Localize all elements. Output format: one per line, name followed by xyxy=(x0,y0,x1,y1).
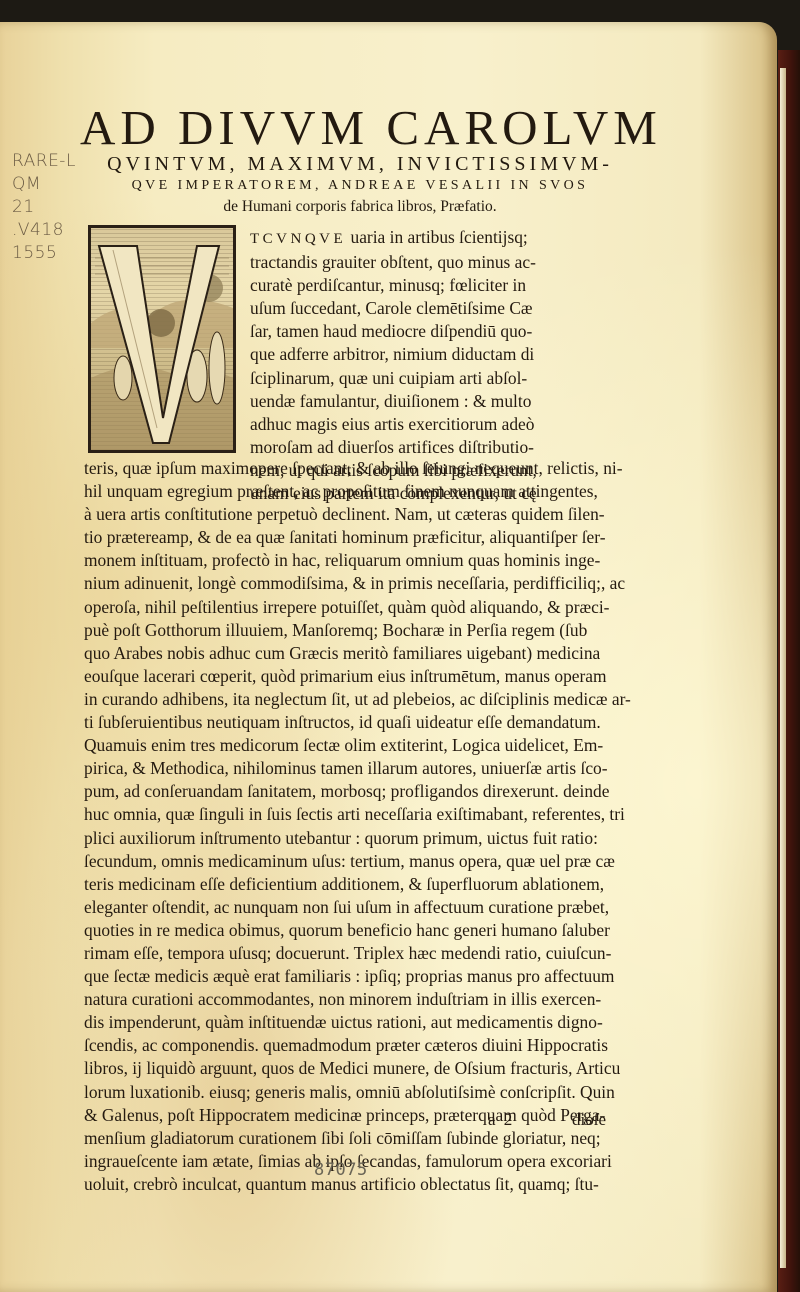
text-line: monem inſtituam, profectò in hac, reliqu… xyxy=(84,549,664,572)
first-word: TCVNQVE xyxy=(250,231,346,247)
call-number-line: RARE-L xyxy=(12,150,76,173)
library-stamp-number: 87075 xyxy=(314,1160,368,1180)
text-line: nium adinuenit, longè commodiſsima, & in… xyxy=(84,572,664,595)
call-number-line: .V418 xyxy=(12,219,76,242)
text-line: rimam eſſe, tempora uſusq; docuerunt. Tr… xyxy=(84,942,664,965)
text-line: operoſa, nihil peſtilentius irrepere pot… xyxy=(84,596,664,619)
call-number-line: 1555 xyxy=(12,242,76,265)
text-line: uendæ famulantur, diuiſionem : & multo xyxy=(250,390,660,413)
title-line-4: de Humani corporis fabrica libros, Præfa… xyxy=(80,196,640,218)
page-edges xyxy=(780,68,786,1268)
pencil-call-number: RARE-L QM 21 .V418 1555 xyxy=(12,150,76,265)
woodcut-scene-icon xyxy=(91,228,233,450)
title-line-3: QVE IMPERATOREM, ANDREAE VESALII IN SVOS xyxy=(80,176,640,196)
text-body-full-width: teris, quæ ipſum maximopere ſpectant, & … xyxy=(84,457,664,1196)
text-line: eouſque lacerari cœperit, quòd primarium… xyxy=(84,665,664,688)
text-line: teris, quæ ipſum maximopere ſpectant, & … xyxy=(84,457,664,480)
text-line: ti ſubſeruientibus neutiquam inſtructos,… xyxy=(84,711,664,734)
title-block: AD DIVVM CAROLVM QVINTVM, MAXIMVM, INVIC… xyxy=(80,104,640,218)
catchword: dioſe xyxy=(572,1110,606,1130)
call-number-line: QM xyxy=(12,173,76,196)
text-line: ſcendis, ac componendis. quemadmodum præ… xyxy=(84,1034,664,1057)
text-line: teris medicinam eſſe deficientium additi… xyxy=(84,873,664,896)
text-line: adhuc magis eius artis exercitiorum adeò xyxy=(250,413,660,436)
text-line: dis impenderunt, quàm inſtituendæ uictus… xyxy=(84,1011,664,1034)
text-line: plici auxiliorum inſtrumento utebantur :… xyxy=(84,827,664,850)
woodcut-initial-v xyxy=(88,225,236,453)
text-line: ſecundum, omnis medicaminum uſus: tertiu… xyxy=(84,850,664,873)
text-line: menſium gladiatorum curationem ſibi ſoli… xyxy=(84,1127,664,1150)
text-line: libros, ij liquidò arguunt, quos de Medi… xyxy=(84,1057,664,1080)
title-line-2: QVINTVM, MAXIMVM, INVICTISSIMVM- xyxy=(80,152,640,176)
text-line: tractandis grauiter obſtent, quo minus a… xyxy=(250,251,660,274)
text-line: pirica, & Methodica, nihilominus tamen i… xyxy=(84,757,664,780)
text-line: tio prætereamp, & de ea quæ ſanitati hom… xyxy=(84,526,664,549)
text-line: quo Arabes nobis adhuc cum Græcis meritò… xyxy=(84,642,664,665)
text-line: uoluit, crebrò inculcat, quantum manus a… xyxy=(84,1173,664,1196)
text-line: eleganter oſtendit, ac nunquam non ſui u… xyxy=(84,896,664,919)
text-line: ſar, tamen haud mediocre diſpendiū quo- xyxy=(250,320,660,343)
text-line: quoties in re medica obimus, quorum bene… xyxy=(84,919,664,942)
text-line: que ſectæ medicis æquè erat familiaris :… xyxy=(84,965,664,988)
text-line: natura curationi accommodantes, non mino… xyxy=(84,988,664,1011)
text-line: hil unquam egregium præſtent, ac propoſi… xyxy=(84,480,664,503)
text-line: puè poſt Gotthorum illuuiem, Manſoremq; … xyxy=(84,619,664,642)
text-line: ſciplinarum, quæ uni cuipiam arti abſol- xyxy=(250,367,660,390)
text-line: moroſam ad diuerſos artifices diſtributi… xyxy=(250,436,660,459)
text-line: huc omnia, quæ ſinguli in ſuis ſectis ar… xyxy=(84,803,664,826)
text-line: ingraueſcente iam ætate, ſimias ab ipſo … xyxy=(84,1150,664,1173)
text-line: TCVNQVE uaria in artibus ſcientijsq; xyxy=(250,226,660,251)
text-line: à uera artis conſtitutione perpetuò decl… xyxy=(84,503,664,526)
signature-mark: a 2 xyxy=(488,1110,514,1130)
text-line: uſum ſuccedant, Carole clemētiſsime Cæ xyxy=(250,297,660,320)
text-line: pum, ad conſeruandam ſanitatem, morbosq;… xyxy=(84,780,664,803)
text-line: que adferre arbitror, nimium diductam di xyxy=(250,343,660,366)
text-line: Quamuis enim tres medicorum ſectæ olim e… xyxy=(84,734,664,757)
text-line: in curando adhibens, ita neglectum ſit, … xyxy=(84,688,664,711)
call-number-line: 21 xyxy=(12,196,76,219)
title-line-1: AD DIVVM CAROLVM xyxy=(80,104,640,152)
text-line: curatè perdiſcantur, minusq; fœliciter i… xyxy=(250,274,660,297)
text-line: lorum luxationib. eiusq; generis malis, … xyxy=(84,1081,664,1104)
